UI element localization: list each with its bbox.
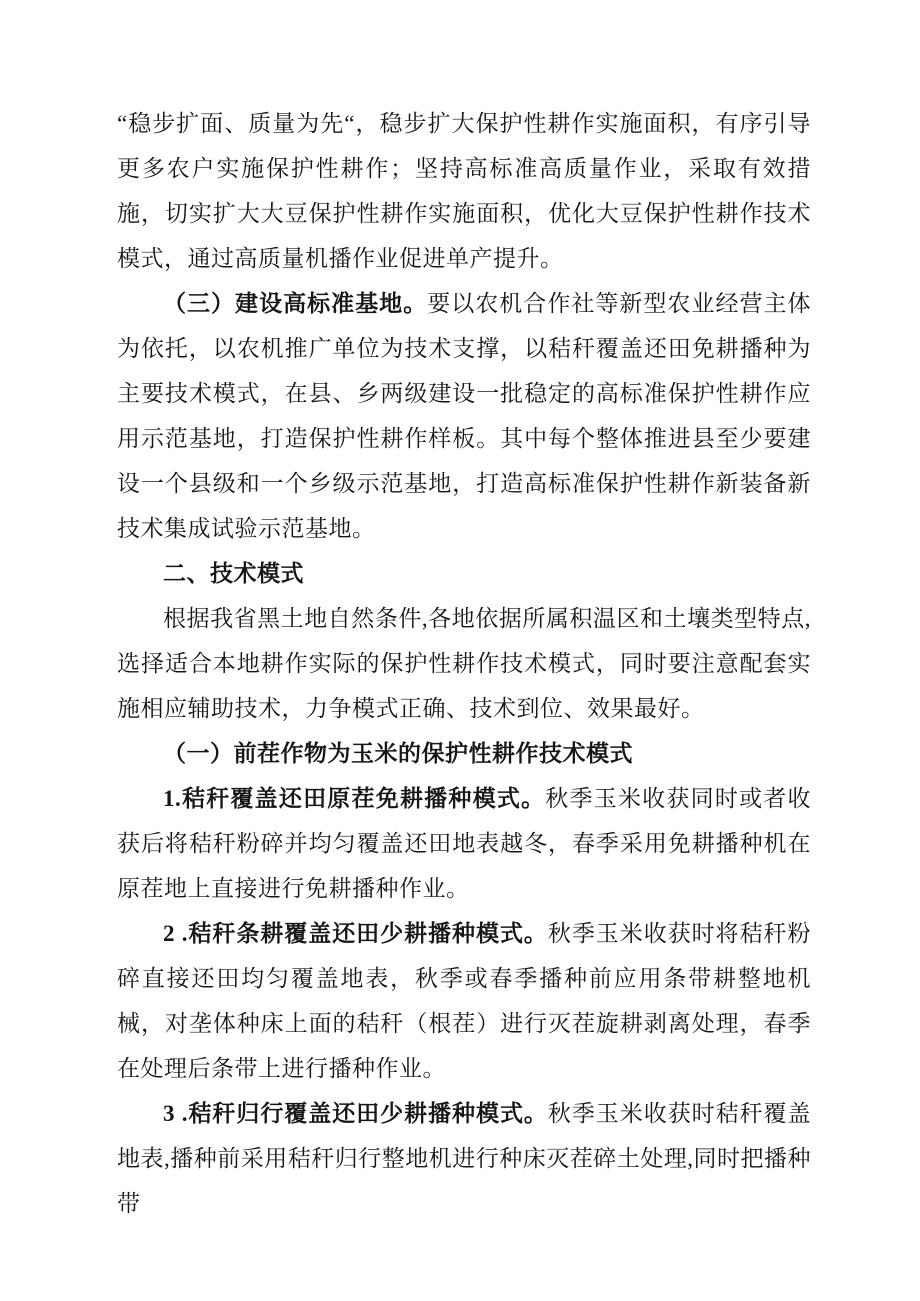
text-run: 要以农机合作社等新型农业经营主体为依托，以农机推广单位为技术支撑，以秸秆覆盖还田… xyxy=(117,291,811,541)
para-mode-1-no-till-seeding: 1.秸秆覆盖还田原茬免耕播种模式。秋季玉米收获同时或者收获后将秸秆粉碎并均匀覆盖… xyxy=(117,776,811,911)
para-mode-3-straw-row-sorting-seeding: 3 .秸秆归行覆盖还田少耕播种模式。秋季玉米收获时秸秆覆盖地表,播种前采用秸秆归… xyxy=(117,1091,811,1226)
bold-text-run: 二、技术模式 xyxy=(163,561,304,586)
bold-text-run: （一）前茬作物为玉米的保护性耕作技术模式 xyxy=(163,741,633,766)
para-continued-scope-quality: “稳步扩面、质量为先“，稳步扩大保护性耕作实施面积，有序引导更多农户实施保护性耕… xyxy=(117,101,811,281)
bold-text-run: 1.秸秆覆盖还田原茬免耕播种模式。 xyxy=(163,786,545,811)
bold-text-run: （三）建设高标准基地。 xyxy=(163,291,427,316)
bold-text-run: 3 .秸秆归行覆盖还田少耕播种模式。 xyxy=(163,1101,548,1126)
para-item-3-high-standard-bases: （三）建设高标准基地。要以农机合作社等新型农业经营主体为依托，以农机推广单位为技… xyxy=(117,281,811,551)
para-mode-2-strip-till-seeding: 2 .秸秆条耕覆盖还田少耕播种模式。秋季玉米收获时将秸秆粉碎直接还田均匀覆盖地表… xyxy=(117,911,811,1091)
para-technical-modes-overview: 根据我省黑土地自然条件,各地依据所属积温区和土壤类型特点,选择适合本地耕作实际的… xyxy=(117,596,811,731)
bold-text-run: 2 .秸秆条耕覆盖还田少耕播种模式。 xyxy=(163,921,548,946)
text-run: 根据我省黑土地自然条件,各地依据所属积温区和土壤类型特点,选择适合本地耕作实际的… xyxy=(117,606,811,721)
heading-section-2-technical-modes: 二、技术模式 xyxy=(117,551,811,596)
document-page: “稳步扩面、质量为先“，稳步扩大保护性耕作实施面积，有序引导更多农户实施保护性耕… xyxy=(0,0,920,1301)
text-run: “稳步扩面、质量为先“，稳步扩大保护性耕作实施面积，有序引导更多农户实施保护性耕… xyxy=(117,111,811,271)
document-body: “稳步扩面、质量为先“，稳步扩大保护性耕作实施面积，有序引导更多农户实施保护性耕… xyxy=(117,101,811,1226)
heading-corn-previous-crop-modes: （一）前茬作物为玉米的保护性耕作技术模式 xyxy=(117,731,811,776)
